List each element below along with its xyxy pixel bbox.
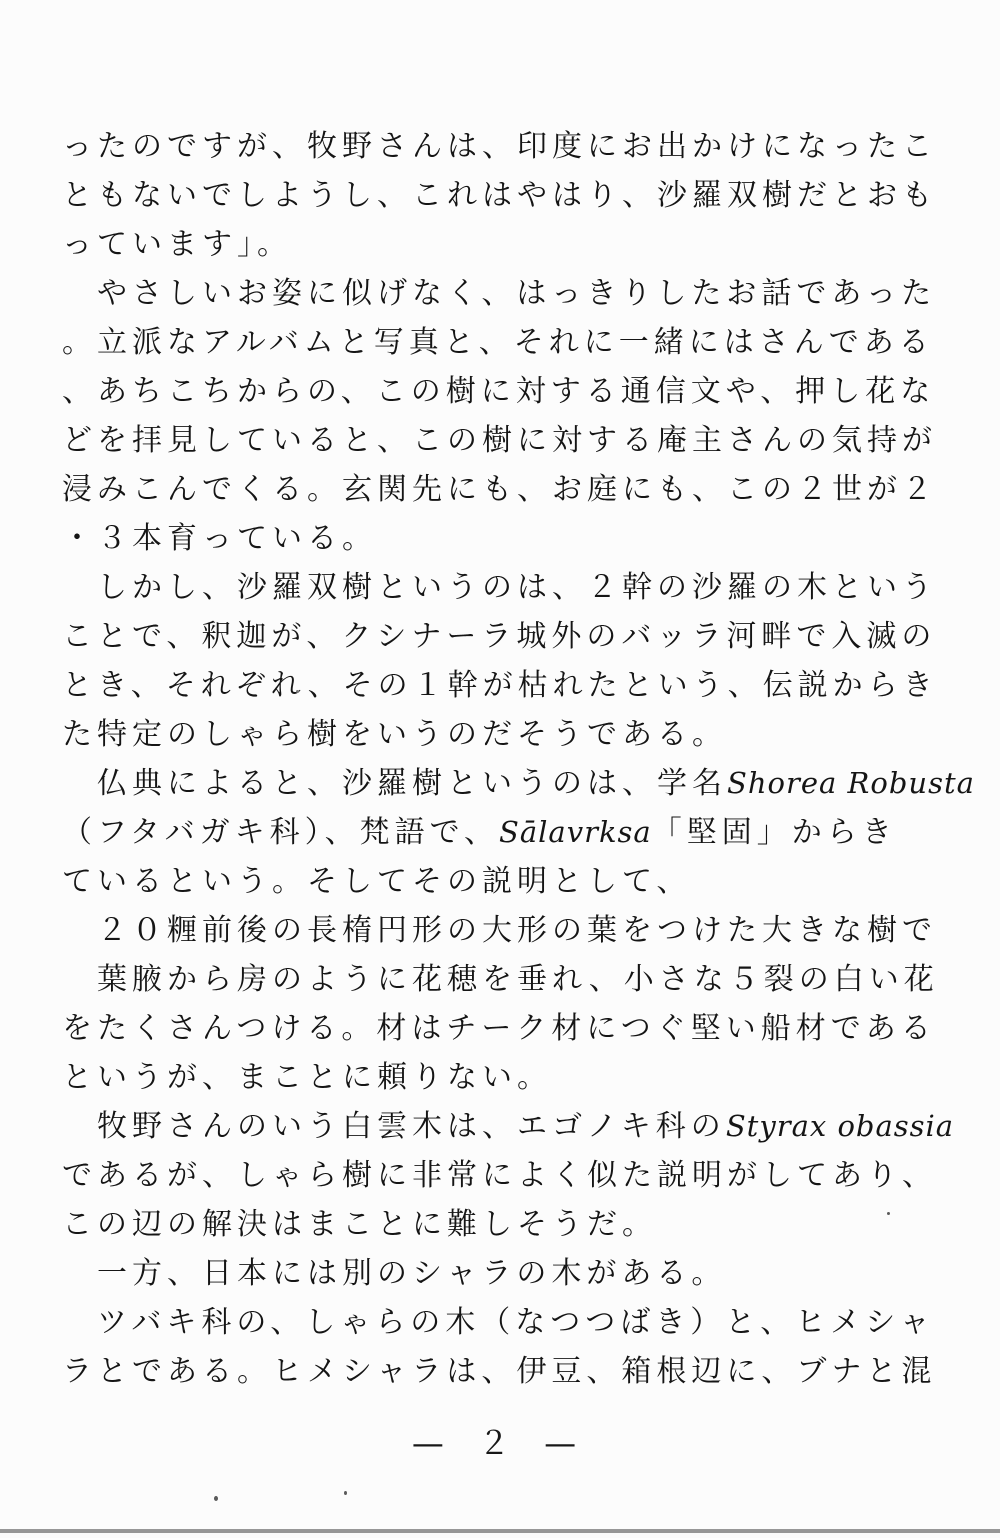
text-line: やさしいお姿に似げなく、はっきりしたお話であった [62, 269, 947, 318]
line-text: ラとである。ヒメシャラは、伊豆、箱根辺に、ブナと混 [62, 1354, 936, 1389]
latin-botanical-name: Styrax obassia [726, 1109, 954, 1143]
text-line: 一方、日本には別のシャラの木がある。 [62, 1249, 947, 1298]
line-text: とき、それぞれ、その１幹が枯れたという、伝説からき [62, 668, 938, 703]
text-line: とき、それぞれ、その１幹が枯れたという、伝説からき [62, 661, 947, 710]
text-line: た特定のしゃら樹をいうのだそうである。 [62, 710, 947, 759]
text-line: ているという。そしてその説明として、 [62, 857, 947, 906]
line-text: ているという。そしてその説明として、 [62, 864, 691, 899]
line-text: 、あちこちからの、この樹に対する通信文や、押し花な [62, 374, 935, 409]
text-line: ２０糎前後の長楕円形の大形の葉をつけた大きな樹で [62, 906, 947, 955]
line-text: であるが、しゃら樹に非常によく似た説明がしてあり、 [62, 1158, 937, 1193]
line-text: 「堅固」からき [652, 815, 897, 850]
line-text: 牧野さんのいう白雲木は、エゴノキ科の [62, 1109, 726, 1144]
line-text: この辺の解決はまことに難しそうだ。 [62, 1207, 657, 1242]
text-line: しかし、沙羅双樹というのは、２幹の沙羅の木という [62, 563, 947, 612]
line-text: ったのですが、牧野さんは、印度にお出かけになったこ [62, 129, 937, 164]
scanned-document-page: ったのですが、牧野さんは、印度にお出かけになったこ ともないでしようし、これはや… [0, 0, 1000, 1538]
body-text-block: ったのですが、牧野さんは、印度にお出かけになったこ ともないでしようし、これはや… [62, 122, 947, 1396]
line-text: 。立派なアルバムと写真と、それに一緒にはさんである [62, 325, 934, 360]
line-text: ともないでしようし、これはやはり、沙羅双樹だとおも [62, 178, 937, 213]
line-text: どを拝見していると、この樹に対する庵主さんの気持が [62, 423, 937, 458]
text-line: ともないでしようし、これはやはり、沙羅双樹だとおも [62, 171, 947, 220]
text-line: 。立派なアルバムと写真と、それに一緒にはさんである [62, 318, 947, 367]
line-text: ・３本育っている。 [62, 521, 377, 556]
text-line: っています」。 [62, 220, 947, 269]
line-text: 一方、日本には別のシャラの木がある。 [62, 1256, 726, 1291]
line-text: というが、まことに頼りない。 [62, 1060, 552, 1095]
text-line: 、あちこちからの、この樹に対する通信文や、押し花な [62, 367, 947, 416]
text-line: ラとである。ヒメシャラは、伊豆、箱根辺に、ブナと混 [62, 1347, 947, 1396]
scan-speck [344, 1491, 347, 1495]
text-line: 浸みこんでくる。玄関先にも、お庭にも、この２世が２ [62, 465, 947, 514]
text-line: ことで、釈迦が、クシナーラ城外のバッラ河畔で入滅の [62, 612, 947, 661]
text-line: どを拝見していると、この樹に対する庵主さんの気持が [62, 416, 947, 465]
line-text: ２０糎前後の長楕円形の大形の葉をつけた大きな樹で [62, 913, 937, 948]
text-line: 仏典によると、沙羅樹というのは、学名Shorea Robusta [62, 759, 947, 808]
scan-speck [296, 690, 299, 693]
text-line: 葉腋から房のように花穂を垂れ、小さな５裂の白い花 [62, 955, 947, 1004]
line-text: をたくさんつける。材はチーク材につぐ堅い船材である [62, 1011, 936, 1046]
line-text: っています」。 [62, 227, 292, 262]
text-line: であるが、しゃら樹に非常によく似た説明がしてあり、 [62, 1151, 947, 1200]
line-text: ツバキ科の、しゃらの木（なつつばき）と、ヒメシャ [62, 1305, 935, 1340]
scan-edge-shadow [0, 1529, 1000, 1533]
latin-botanical-name: Shorea Robusta [727, 766, 975, 800]
scan-speck [214, 1496, 218, 1501]
text-line: というが、まことに頼りない。 [62, 1053, 947, 1102]
text-line: 牧野さんのいう白雲木は、エゴノキ科のStyrax obassia [62, 1102, 947, 1151]
text-line: ツバキ科の、しゃらの木（なつつばき）と、ヒメシャ [62, 1298, 947, 1347]
page-number: — ２ — [0, 1418, 1000, 1464]
text-line: ・３本育っている。 [62, 514, 947, 563]
line-text: た特定のしゃら樹をいうのだそうである。 [62, 717, 727, 752]
latin-sanskrit-name: Sālavrksa [499, 815, 652, 849]
line-text: やさしいお姿に似げなく、はっきりしたお話であった [62, 276, 936, 311]
text-line: （フタバガキ科）、梵語で、Sālavrksa「堅固」からき [62, 808, 947, 857]
line-text: 葉腋から房のように花穂を垂れ、小さな５裂の白い花 [62, 962, 939, 997]
text-line: この辺の解決はまことに難しそうだ。 [62, 1200, 947, 1249]
text-line: ったのですが、牧野さんは、印度にお出かけになったこ [62, 122, 947, 171]
line-text: ことで、釈迦が、クシナーラ城外のバッラ河畔で入滅の [62, 619, 936, 654]
line-text: しかし、沙羅双樹というのは、２幹の沙羅の木という [62, 570, 937, 605]
scan-speck [887, 1212, 890, 1215]
line-text: 仏典によると、沙羅樹というのは、学名 [62, 766, 727, 801]
text-line: をたくさんつける。材はチーク材につぐ堅い船材である [62, 1004, 947, 1053]
line-text: 浸みこんでくる。玄関先にも、お庭にも、この２世が２ [62, 472, 937, 507]
line-text: （フタバガキ科）、梵語で、 [62, 815, 499, 850]
